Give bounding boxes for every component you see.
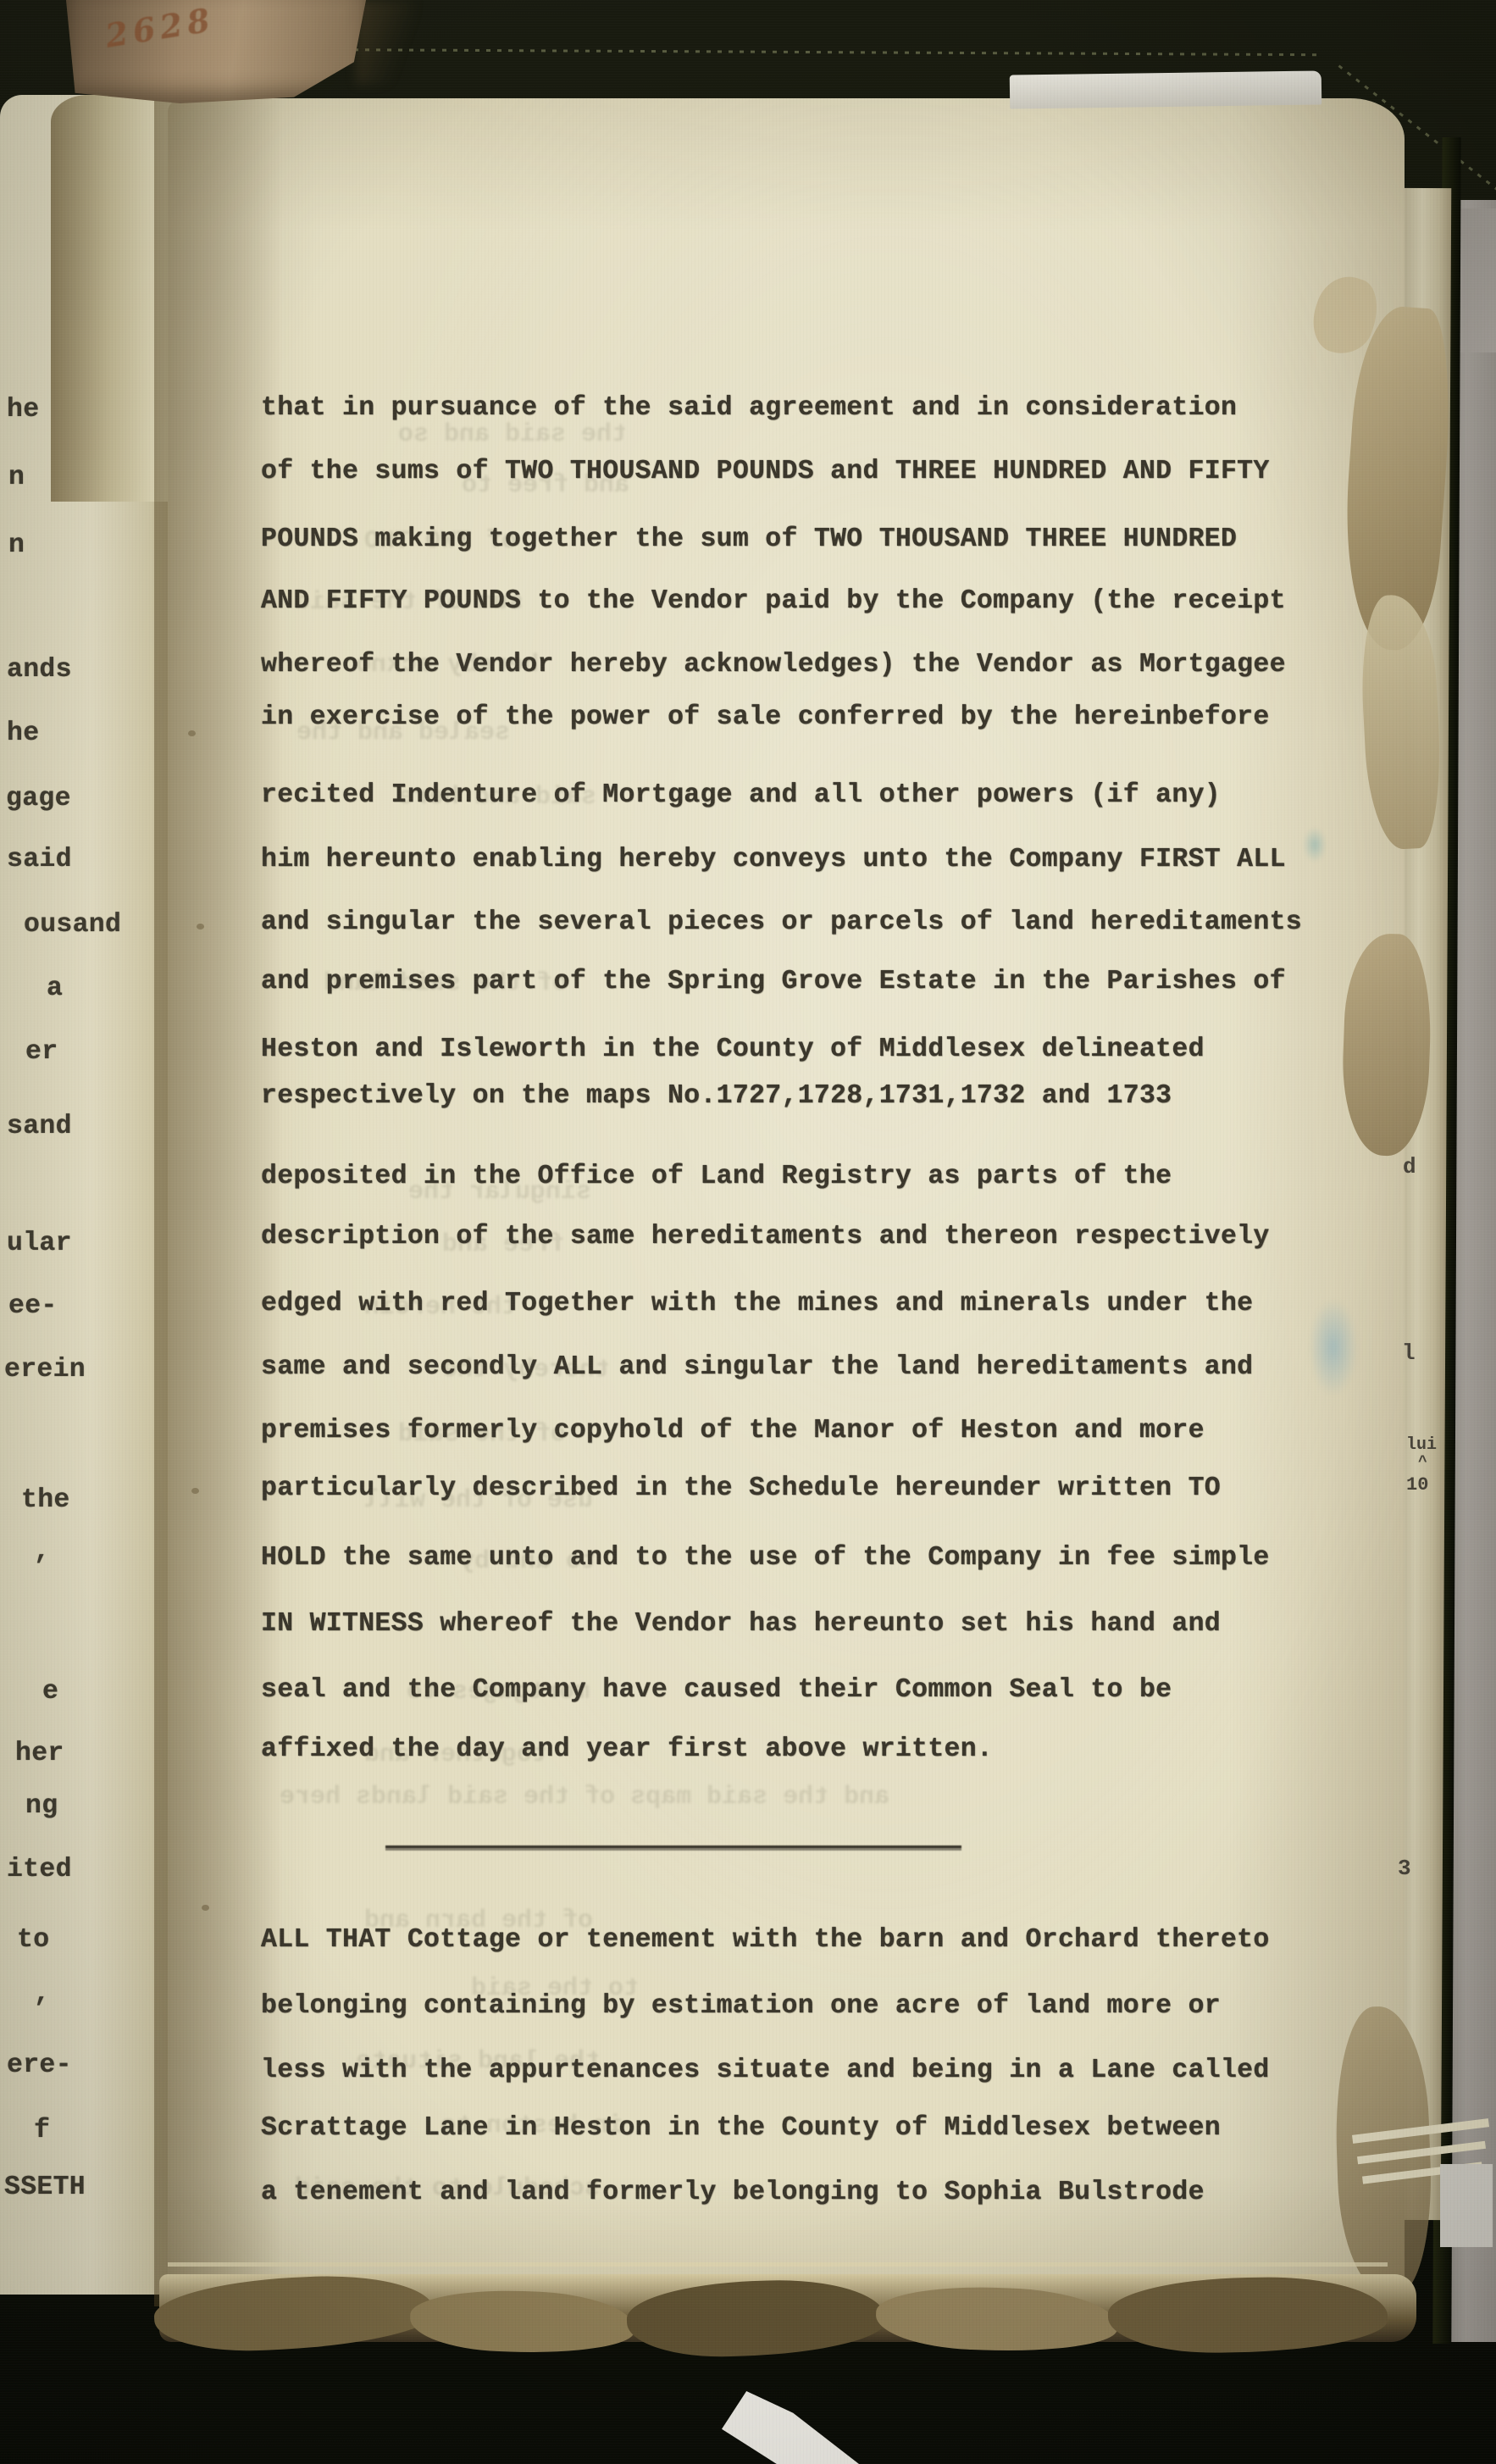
- text-line: and premises part of the Spring Grove Es…: [261, 967, 1286, 996]
- text-line: respectively on the maps No.1727,1728,17…: [261, 1081, 1172, 1111]
- text-line: IN WITNESS whereof the Vendor has hereun…: [261, 1609, 1221, 1639]
- text-line: whereof the Vendor hereby acknowledges) …: [261, 650, 1286, 680]
- typewritten-text: that in pursuance of the said agreement …: [0, 0, 1496, 2464]
- text-line: description of the same hereditaments an…: [261, 1222, 1270, 1251]
- text-line: seal and the Company have caused their C…: [261, 1675, 1172, 1705]
- text-line: and singular the several pieces or parce…: [261, 907, 1302, 937]
- archive-tag-shadow: [356, 0, 415, 85]
- text-line: him hereunto enabling hereby conveys unt…: [261, 845, 1286, 874]
- paper-speck: [202, 1905, 209, 1911]
- page-bottom-edge-line: [168, 2262, 1388, 2267]
- text-line: less with the appurtenances situate and …: [261, 2056, 1270, 2085]
- page-bottom-edges: [159, 2257, 1416, 2376]
- paper-speck: [191, 1488, 199, 1494]
- text-line: belonging containing by estimation one a…: [261, 1991, 1221, 2021]
- page-stack-patch: [1440, 2164, 1493, 2247]
- text-line: recited Indenture of Mortgage and all ot…: [261, 780, 1221, 810]
- book-photo: hennandshegagesaidousandaersandularee-er…: [0, 0, 1496, 2464]
- text-line: same and secondly ALL and singular the l…: [261, 1352, 1253, 1382]
- text-line: ALL THAT Cottage or tenement with the ba…: [261, 1925, 1270, 1955]
- text-line: of the sums of TWO THOUSAND POUNDS and T…: [261, 457, 1270, 486]
- text-line: AND FIFTY POUNDS to the Vendor paid by t…: [261, 586, 1286, 616]
- text-line: premises formerly copyhold of the Manor …: [261, 1416, 1205, 1446]
- text-line: HOLD the same unto and to the use of the…: [261, 1543, 1270, 1573]
- paper-speck: [188, 730, 196, 736]
- schedule-heading-underline: [385, 1845, 961, 1851]
- text-line: particularly described in the Schedule h…: [261, 1473, 1221, 1503]
- text-line: a tenement and land formerly belonging t…: [261, 2178, 1205, 2207]
- text-line: affixed the day and year first above wri…: [261, 1734, 993, 1764]
- text-line: in exercise of the power of sale conferr…: [261, 702, 1270, 732]
- text-line: Scrattage Lane in Heston in the County o…: [261, 2113, 1221, 2143]
- archive-tag-number: 2628: [103, 0, 217, 55]
- paper-speck: [197, 924, 204, 930]
- text-line: POUNDS making together the sum of TWO TH…: [261, 524, 1237, 554]
- text-line: Heston and Isleworth in the County of Mi…: [261, 1035, 1205, 1064]
- text-line: edged with red Together with the mines a…: [261, 1289, 1253, 1318]
- text-line: deposited in the Office of Land Registry…: [261, 1162, 1172, 1191]
- text-line: that in pursuance of the said agreement …: [261, 393, 1237, 423]
